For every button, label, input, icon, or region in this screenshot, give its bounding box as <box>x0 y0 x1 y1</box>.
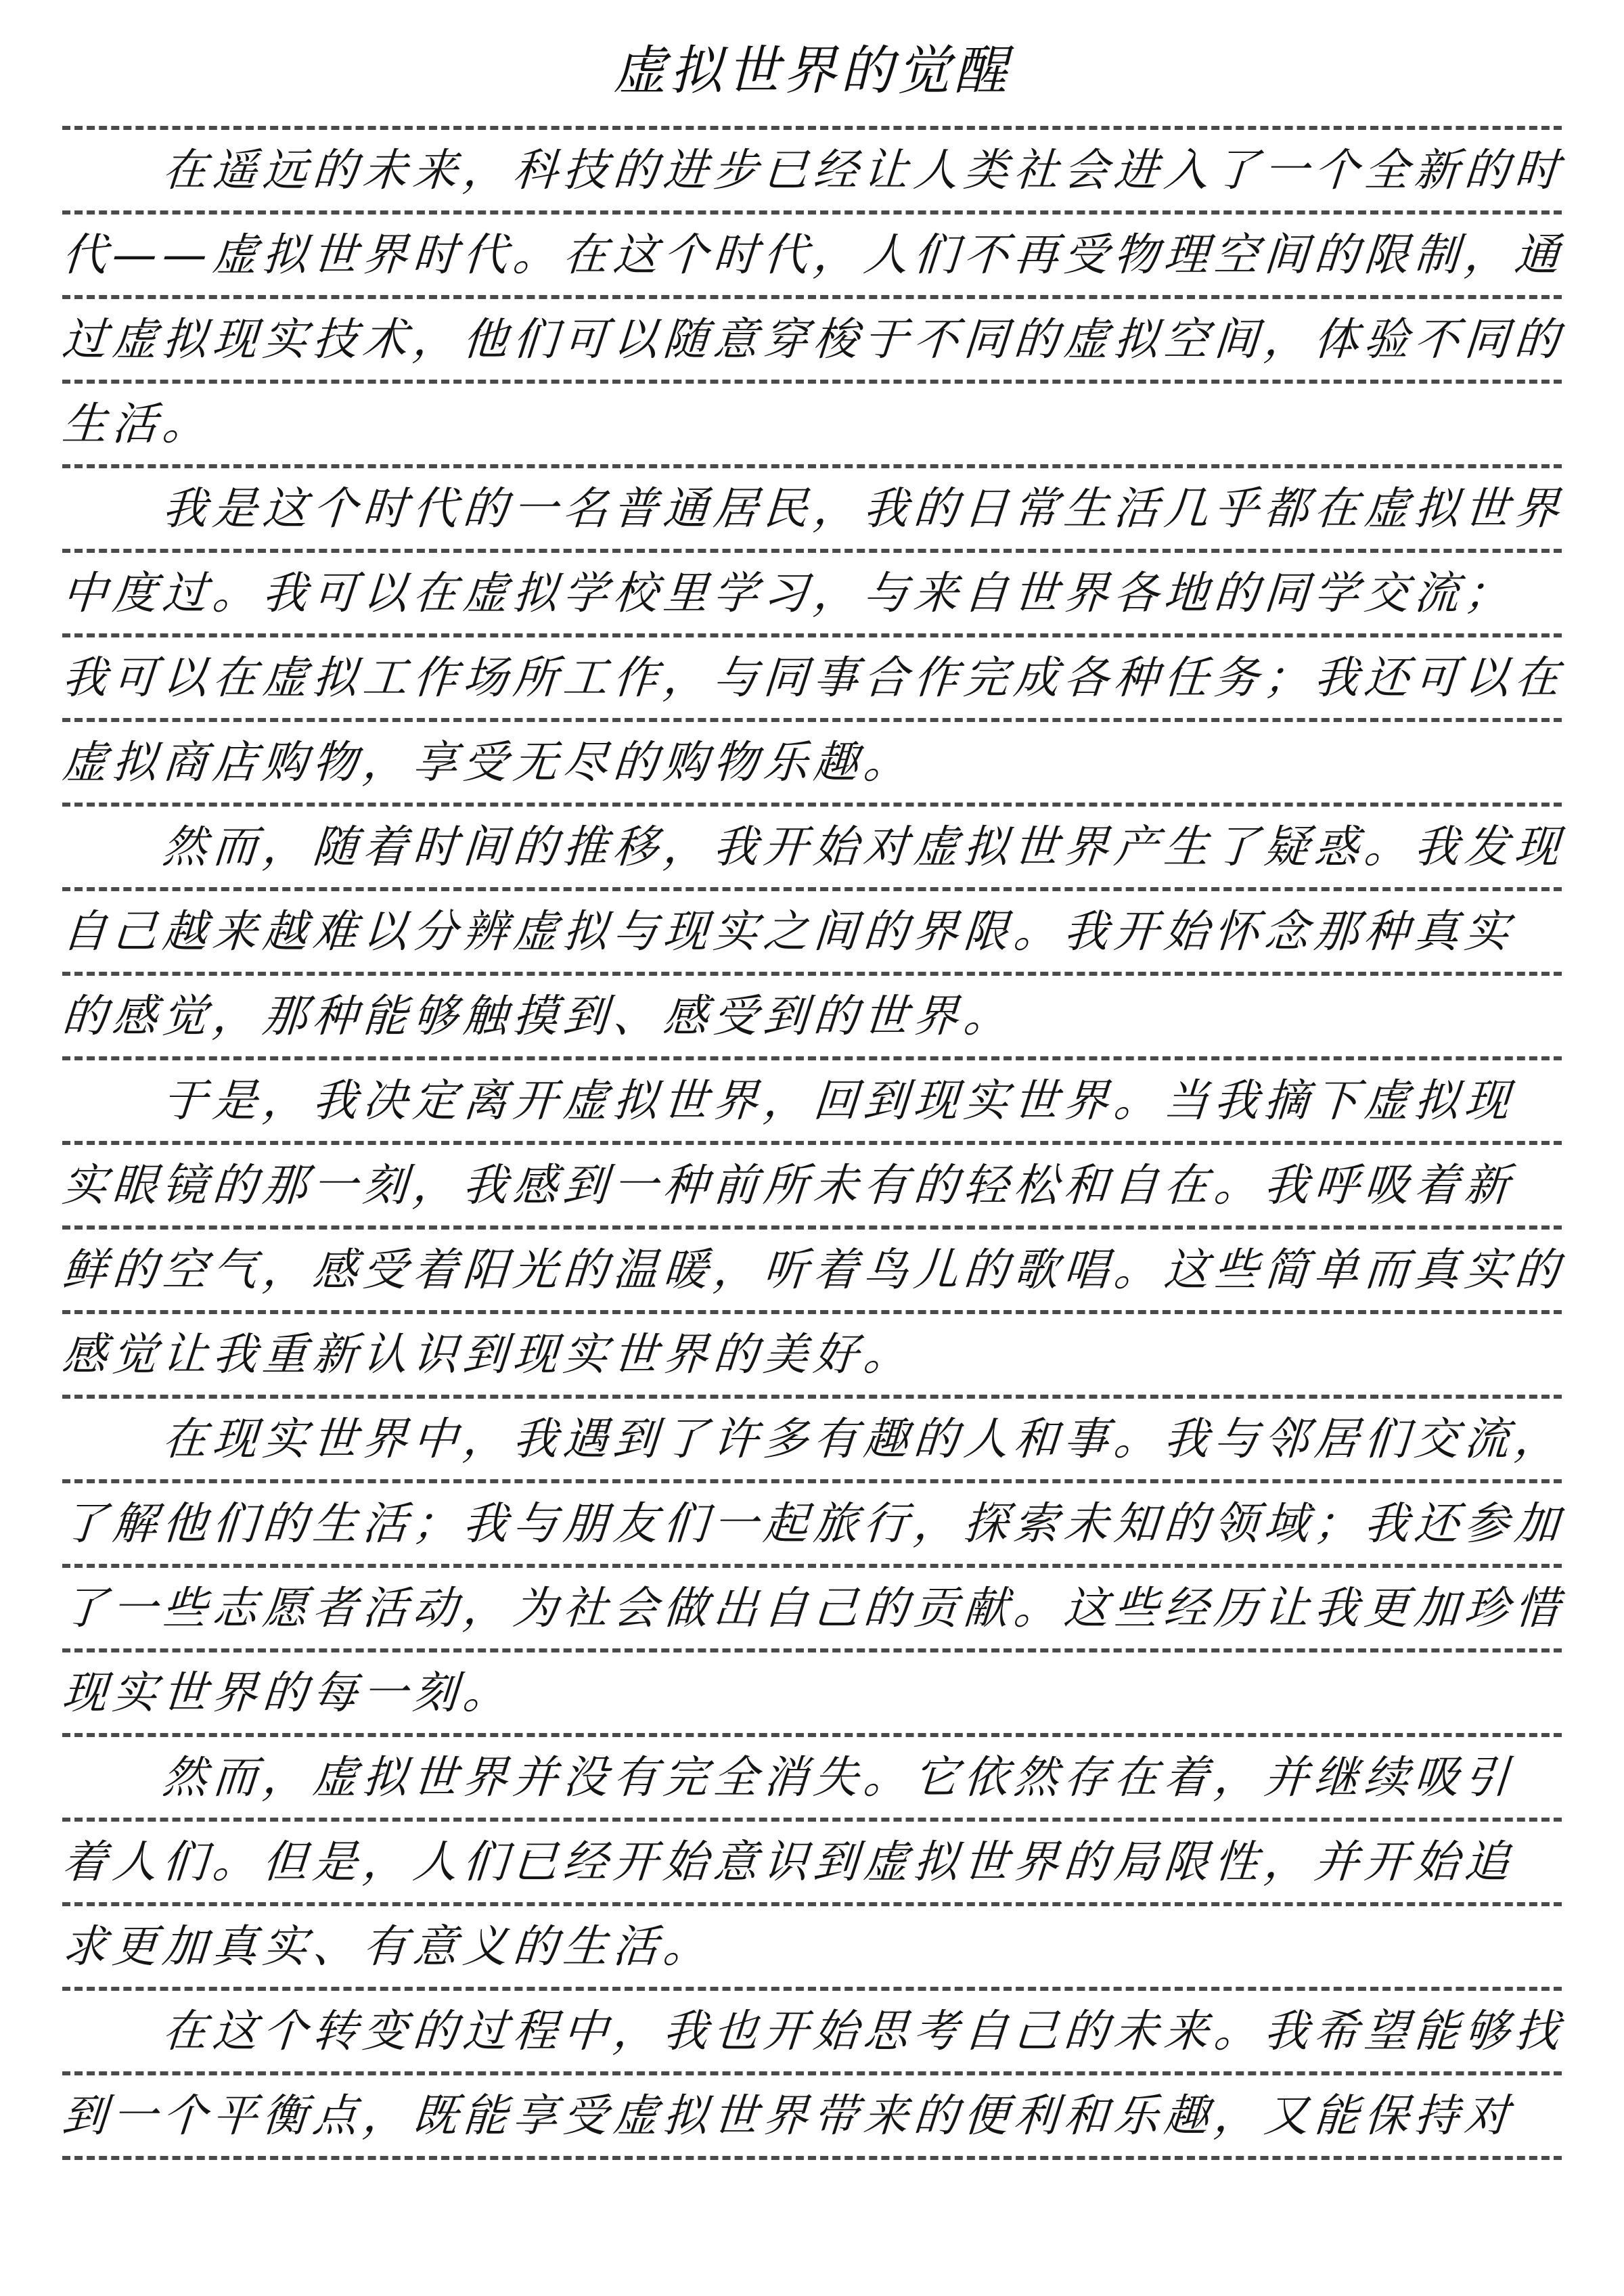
essay-line-text: 自己越来越难以分辨虚拟与现实之间的界限。我开始怀念那种真实 <box>61 909 1516 954</box>
ruled-row: 过虚拟现实技术，他们可以随意穿梭于不同的虚拟空间，体验不同的 <box>62 295 1562 380</box>
ruled-line-final <box>62 2156 1562 2160</box>
ruled-row: 在这个转变的过程中，我也开始思考自己的未来。我希望能够找 <box>62 1987 1562 2071</box>
ruled-row: 在现实世界中，我遇到了许多有趣的人和事。我与邻居们交流， <box>62 1395 1562 1479</box>
ruled-row: 在遥远的未来，科技的进步已经让人类社会进入了一个全新的时 <box>62 126 1562 210</box>
ruled-row: 代——虚拟世界时代。在这个时代，人们不再受物理空间的限制，通 <box>62 210 1562 295</box>
ruled-row: 生活。 <box>62 380 1562 464</box>
essay-line-text: 虚拟商店购物，享受无尽的购物乐趣。 <box>61 740 916 785</box>
essay-line-text: 求更加真实、有意义的生活。 <box>61 1924 715 1969</box>
essay-line-text: 了一些志愿者活动，为社会做出自己的贡献。这些经历让我更加珍惜 <box>61 1586 1566 1631</box>
essay-line-text: 过虚拟现实技术，他们可以随意穿梭于不同的虚拟空间，体验不同的 <box>61 317 1566 362</box>
ruled-row: 感觉让我重新认识到现实世界的美好。 <box>62 1310 1562 1395</box>
ruled-row: 自己越来越难以分辨虚拟与现实之间的界限。我开始怀念那种真实 <box>62 887 1562 972</box>
ruled-row: 着人们。但是，人们已经开始意识到虚拟世界的局限性，并开始追 <box>62 1818 1562 1902</box>
ruled-row: 的感觉，那种能够触摸到、感受到的世界。 <box>62 972 1562 1056</box>
essay-line-text: 在遥远的未来，科技的进步已经让人类社会进入了一个全新的时 <box>161 148 1566 193</box>
essay-line-text: 然而，虚拟世界并没有完全消失。它依然存在着，并继续吸引 <box>161 1755 1516 1800</box>
ruled-row: 中度过。我可以在虚拟学校里学习，与来自世界各地的同学交流； <box>62 549 1562 633</box>
paper-page: 虚拟世界的觉醒 在遥远的未来，科技的进步已经让人类社会进入了一个全新的时代——虚… <box>0 0 1624 2296</box>
essay-line-text: 然而，随着时间的推移，我开始对虚拟世界产生了疑惑。我发现 <box>161 825 1566 870</box>
essay-line-text: 到一个平衡点，既能享受虚拟世界带来的便利和乐趣，又能保持对 <box>61 2094 1516 2138</box>
ruled-row: 于是，我决定离开虚拟世界，回到现实世界。当我摘下虚拟现 <box>62 1056 1562 1141</box>
essay-line-text: 我是这个时代的一名普通居民，我的日常生活几乎都在虚拟世界 <box>161 487 1566 531</box>
essay-line-text: 的感觉，那种能够触摸到、感受到的世界。 <box>61 994 1016 1039</box>
ruled-row: 到一个平衡点，既能享受虚拟世界带来的便利和乐趣，又能保持对 <box>62 2071 1562 2156</box>
essay-line-text: 代——虚拟世界时代。在这个时代，人们不再受物理空间的限制，通 <box>61 233 1566 277</box>
essay-line-text: 在这个转变的过程中，我也开始思考自己的未来。我希望能够找 <box>161 2009 1566 2054</box>
ruled-row: 虚拟商店购物，享受无尽的购物乐趣。 <box>62 718 1562 803</box>
essay-line-text: 着人们。但是，人们已经开始意识到虚拟世界的局限性，并开始追 <box>61 1840 1516 1885</box>
essay-line-text: 了解他们的生活；我与朋友们一起旅行，探索未知的领域；我还参加 <box>61 1502 1566 1546</box>
essay-line-text: 我可以在虚拟工作场所工作，与同事合作完成各种任务；我还可以在 <box>61 656 1566 700</box>
ruled-row: 然而，随着时间的推移，我开始对虚拟世界产生了疑惑。我发现 <box>62 803 1562 887</box>
ruled-row: 实眼镜的那一刻，我感到一种前所未有的轻松和自在。我呼吸着新 <box>62 1141 1562 1225</box>
essay-line-text: 实眼镜的那一刻，我感到一种前所未有的轻松和自在。我呼吸着新 <box>61 1163 1516 1208</box>
essay-title: 虚拟世界的觉醒 <box>62 7 1562 126</box>
ruled-row: 我可以在虚拟工作场所工作，与同事合作完成各种任务；我还可以在 <box>62 633 1562 718</box>
essay-line-text: 于是，我决定离开虚拟世界，回到现实世界。当我摘下虚拟现 <box>161 1079 1516 1123</box>
ruled-row: 鲜的空气，感受着阳光的温暖，听着鸟儿的歌唱。这些简单而真实的 <box>62 1225 1562 1310</box>
essay-line-text: 中度过。我可以在虚拟学校里学习，与来自世界各地的同学交流； <box>61 571 1516 616</box>
ruled-row: 了解他们的生活；我与朋友们一起旅行，探索未知的领域；我还参加 <box>62 1479 1562 1564</box>
ruled-row: 了一些志愿者活动，为社会做出自己的贡献。这些经历让我更加珍惜 <box>62 1564 1562 1648</box>
ruled-row: 求更加真实、有意义的生活。 <box>62 1902 1562 1987</box>
ruled-row: 然而，虚拟世界并没有完全消失。它依然存在着，并继续吸引 <box>62 1733 1562 1818</box>
essay-line-text: 现实世界的每一刻。 <box>61 1671 515 1715</box>
ruled-row: 现实世界的每一刻。 <box>62 1648 1562 1733</box>
essay-line-text: 生活。 <box>61 402 215 447</box>
essay-line-text: 感觉让我重新认识到现实世界的美好。 <box>61 1332 916 1377</box>
essay-line-text: 在现实世界中，我遇到了许多有趣的人和事。我与邻居们交流， <box>161 1417 1566 1462</box>
essay-body: 在遥远的未来，科技的进步已经让人类社会进入了一个全新的时代——虚拟世界时代。在这… <box>62 126 1562 2156</box>
essay-line-text: 鲜的空气，感受着阳光的温暖，听着鸟儿的歌唱。这些简单而真实的 <box>61 1248 1566 1292</box>
ruled-row: 我是这个时代的一名普通居民，我的日常生活几乎都在虚拟世界 <box>62 464 1562 549</box>
